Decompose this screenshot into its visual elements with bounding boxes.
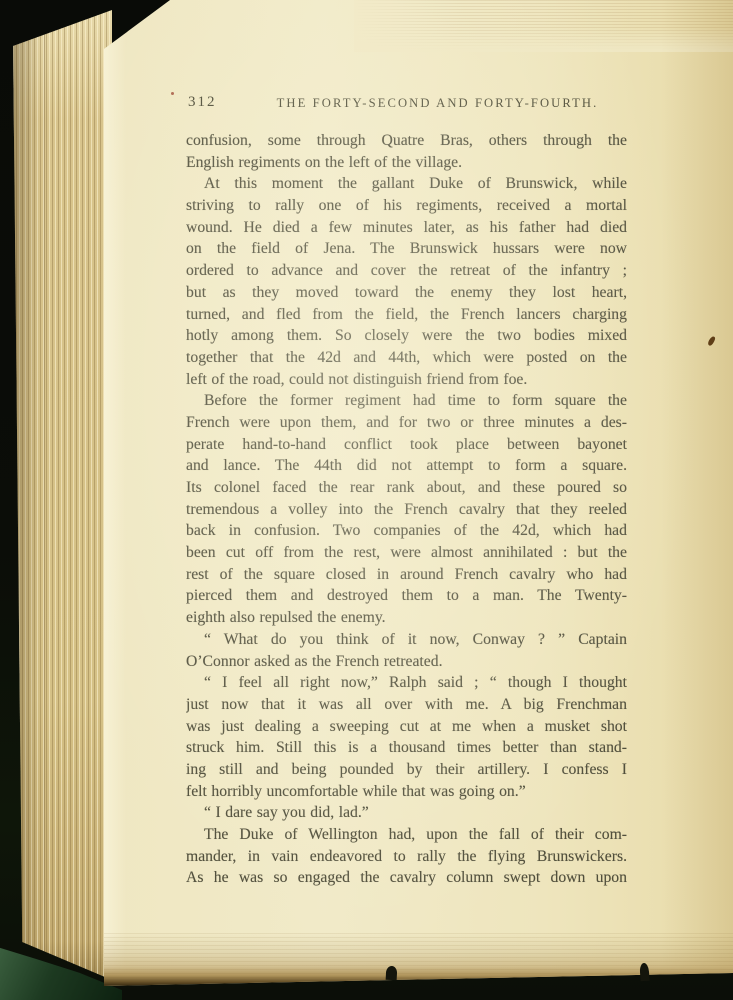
page-number: 312 <box>188 94 217 111</box>
text-line: but as they moved toward the enemy they … <box>186 282 627 304</box>
text-line: struck him. Still this is a thousand tim… <box>186 737 627 759</box>
text-line: back in confusion. Two companies of the … <box>186 520 627 542</box>
text-line: perate hand-to-hand conflict took place … <box>186 434 627 456</box>
text-line: pierced them and destroyed them to a man… <box>186 585 627 607</box>
text-line: felt horribly uncomfortable while that w… <box>186 781 627 803</box>
text-line: “ I dare say you did, lad.” <box>186 802 627 824</box>
text-line: “ What do you think of it now, Conway ? … <box>186 629 627 651</box>
text-line: “ I feel all right now,” Ralph said ; “ … <box>186 672 627 694</box>
text-line: ing still and being pounded by their art… <box>186 759 627 781</box>
text-line: mander, in vain endeavored to rally the … <box>186 846 627 868</box>
page-curvature-shade <box>661 0 733 1000</box>
text-line: striving to rally one of his regiments, … <box>186 195 627 217</box>
text-line: just now that it was all over with me. A… <box>186 694 627 716</box>
text-line: on the field of Jena. The Brunswick huss… <box>186 238 627 260</box>
text-line: ordered to advance and cover the retreat… <box>186 260 627 282</box>
text-line: O’Connor asked as the French retreated. <box>186 651 627 673</box>
text-line: tremendous a volley into the French cava… <box>186 499 627 521</box>
scanned-book-page-photo: 312 THE FORTY-SECOND AND FORTY-FOURTH. c… <box>0 0 733 1000</box>
text-line: Its colonel faced the rear rank about, a… <box>186 477 627 499</box>
text-line: French were upon them, and for two or th… <box>186 412 627 434</box>
running-title: THE FORTY-SECOND AND FORTY-FOURTH. <box>277 96 599 111</box>
text-line: Before the former regiment had time to f… <box>186 390 627 412</box>
text-line: turned, and fled from the field, the Fre… <box>186 304 627 326</box>
text-line: and lance. The 44th did not attempt to f… <box>186 455 627 477</box>
book-page: 312 THE FORTY-SECOND AND FORTY-FOURTH. c… <box>104 0 733 1000</box>
paper-speck <box>171 92 174 95</box>
text-line: together that the 42d and 44th, which we… <box>186 347 627 369</box>
text-line: At this moment the gallant Duke of Bruns… <box>186 173 627 195</box>
clasp-shadow <box>386 966 398 981</box>
text-line: As he was so engaged the cavalry column … <box>186 867 627 889</box>
text-line: wound. He died a few minutes later, as h… <box>186 217 627 239</box>
text-line: left of the road, could not distinguish … <box>186 369 627 391</box>
text-line: rest of the square closed in around Fren… <box>186 564 627 586</box>
text-line: been cut off from the rest, were almost … <box>186 542 627 564</box>
text-line: eighth also repulsed the enemy. <box>186 607 627 629</box>
text-line: The Duke of Wellington had, upon the fal… <box>186 824 627 846</box>
text-line: was just dealing a sweeping cut at me wh… <box>186 716 627 738</box>
page-fore-edge-stack <box>10 0 112 1000</box>
text-line: English regiments on the left of the vil… <box>186 152 627 174</box>
text-line: confusion, some through Quatre Bras, oth… <box>186 130 627 152</box>
text-line: hotly among them. So closely were the tw… <box>186 325 627 347</box>
page-header: 312 THE FORTY-SECOND AND FORTY-FOURTH. <box>186 94 627 114</box>
page-text: confusion, some through Quatre Bras, oth… <box>186 130 627 889</box>
